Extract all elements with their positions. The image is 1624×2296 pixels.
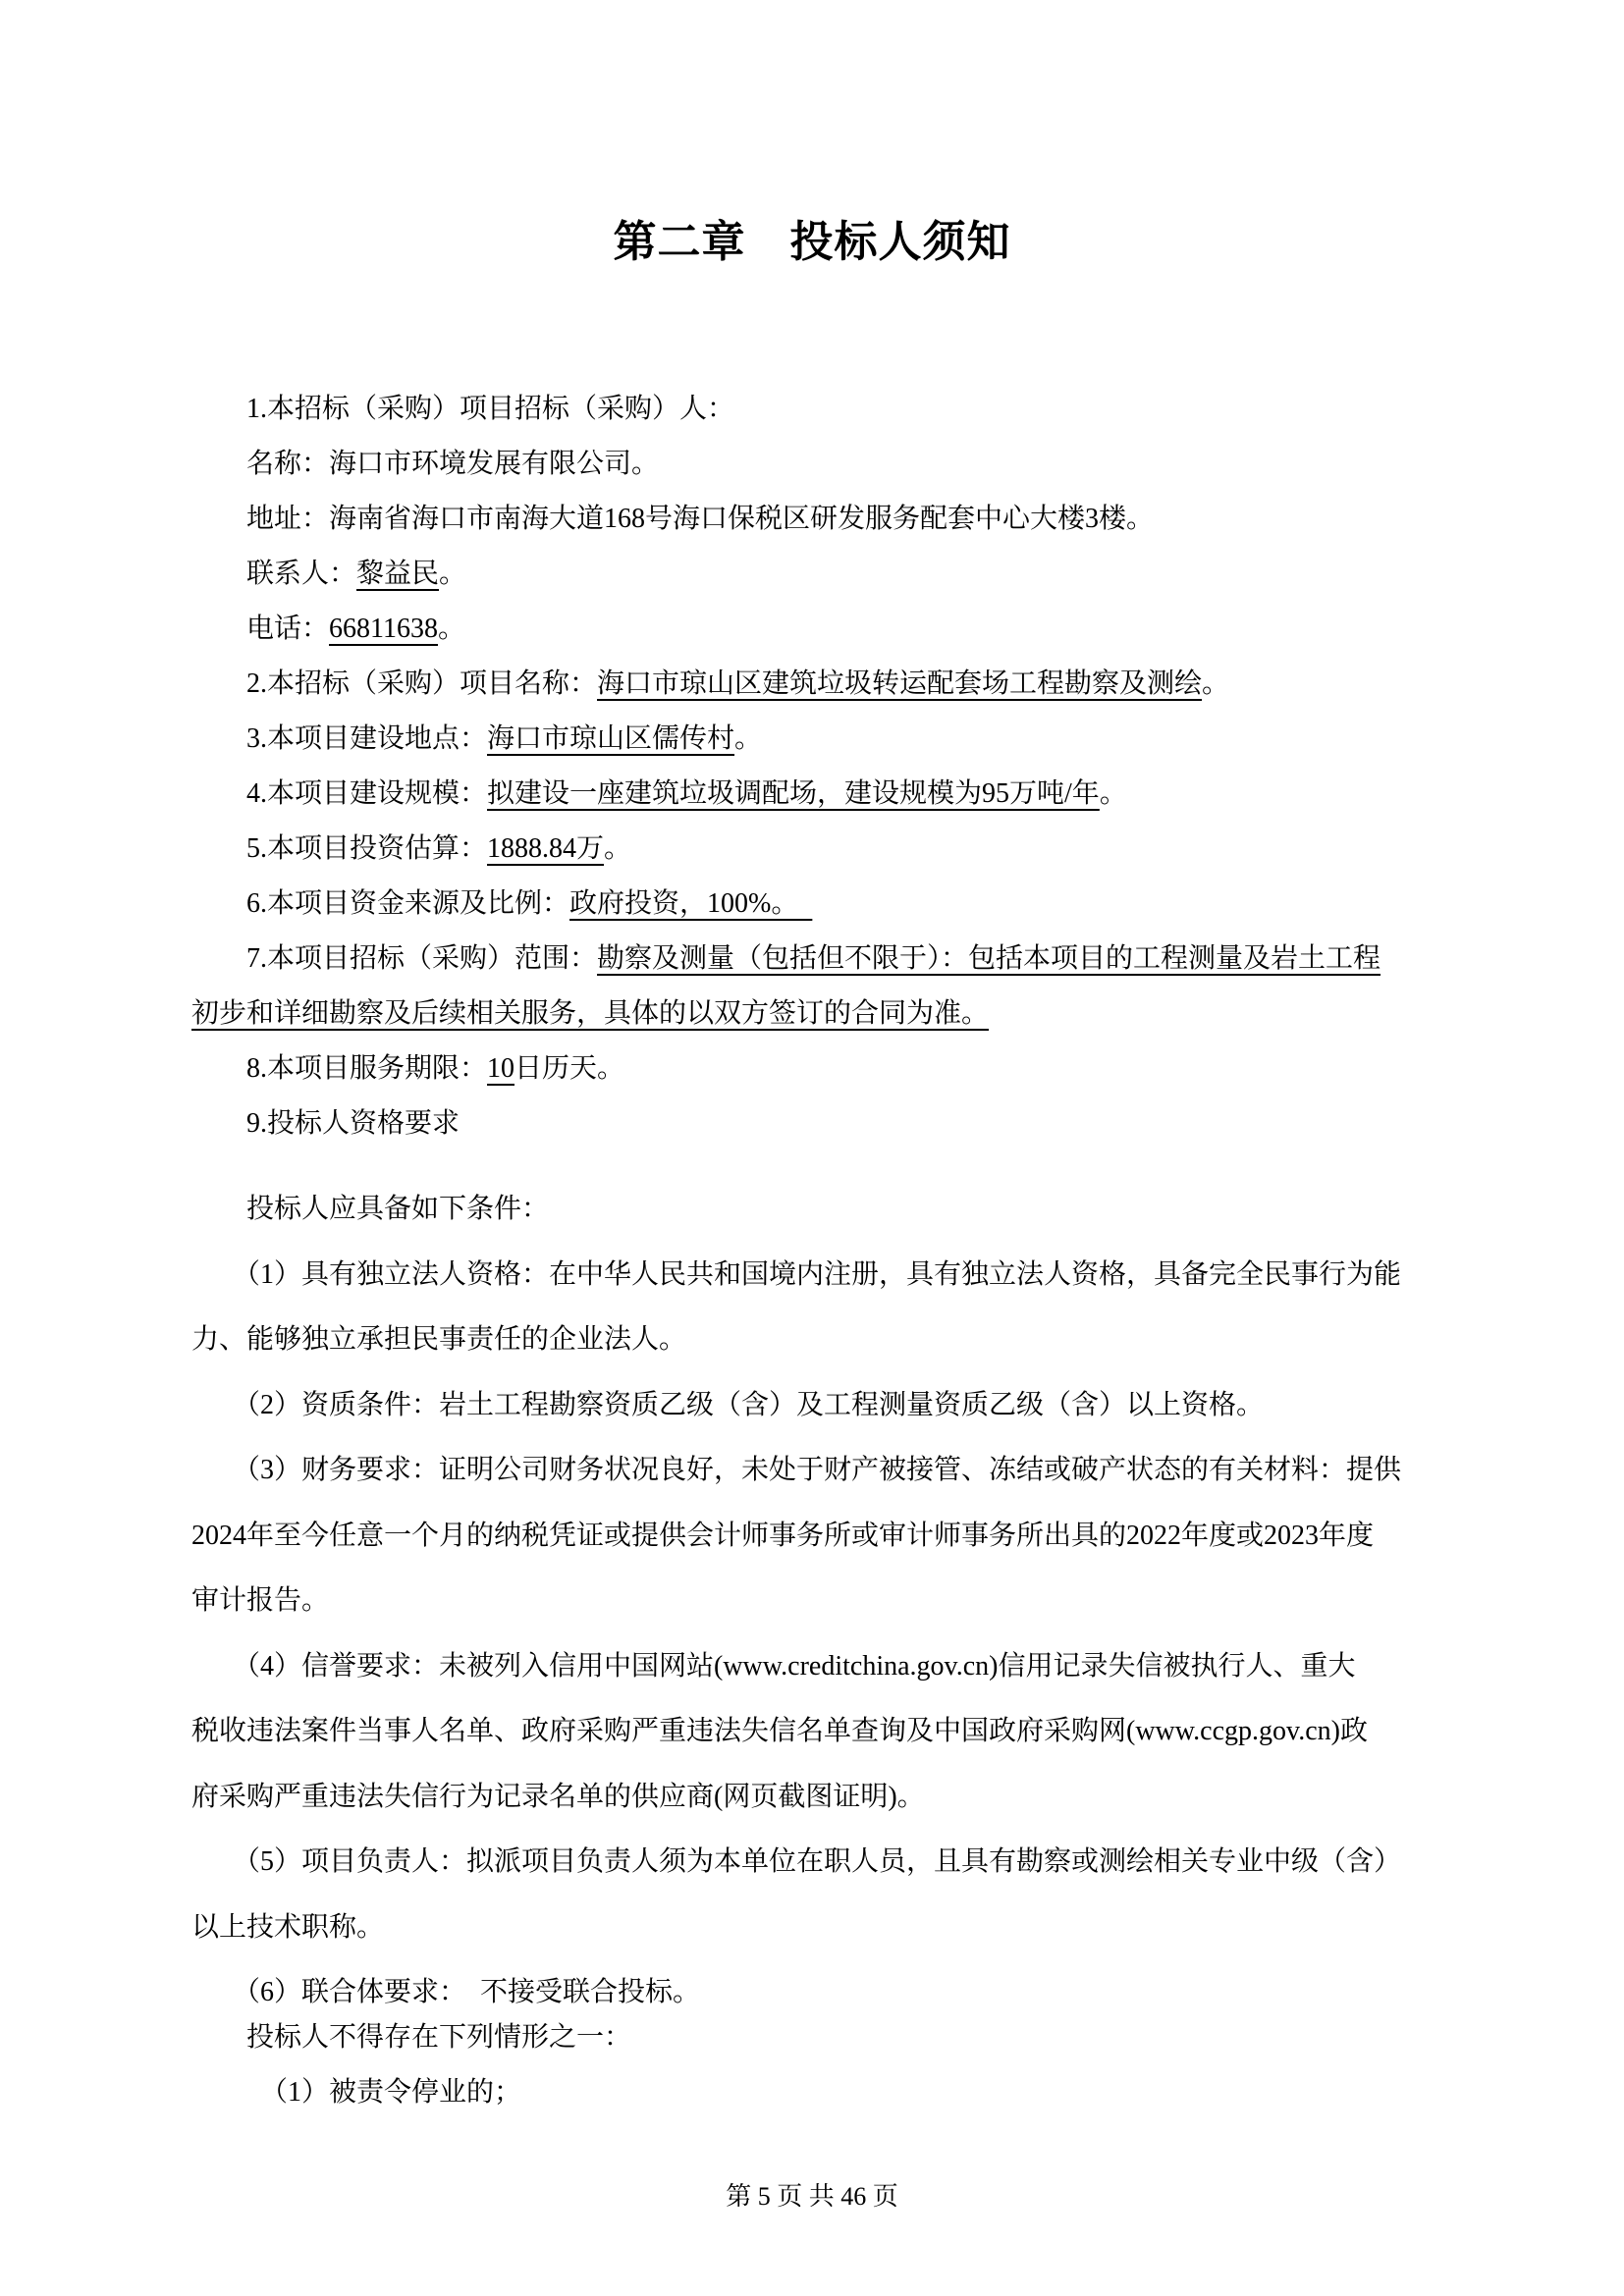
text-line: （2）资质条件：岩土工程勘察资质乙级（含）及工程测量资质乙级（含）以上资格。 (191, 1373, 1433, 1439)
text-line: 电话：66811638。 (191, 602, 1433, 657)
text-run: 名称：海口市环境发展有限公司。 (246, 449, 659, 479)
text-line: 投标人应具备如下条件： (191, 1177, 1433, 1243)
text-line: 9.投标人资格要求 (191, 1096, 1433, 1151)
text-run: 以上技术职称。 (191, 1912, 384, 1943)
text-line: 投标人不得存在下列情形之一： (191, 2010, 1433, 2065)
text-line: （3）财务要求：证明公司财务状况良好，未处于财产被接管、冻结或破产状态的有关材料… (191, 1438, 1433, 1504)
text-run: 投标人应具备如下条件： (246, 1194, 549, 1224)
text-run: 6.本项目资金来源及比例： (246, 888, 569, 919)
text-run: 8.本项目服务期限： (246, 1053, 487, 1084)
underlined-text: 1888.84万 (487, 833, 604, 864)
text-line: 8.本项目服务期限：10日历天。 (191, 1041, 1433, 1096)
underlined-text: 10 (487, 1053, 514, 1084)
text-run: 2024年至今任意一个月的纳税凭证或提供会计师事务所或审计师事务所出具的2022… (191, 1521, 1374, 1551)
text-line: （1）具有独立法人资格：在中华人民共和国境内注册，具有独立法人资格，具备完全民事… (191, 1243, 1433, 1308)
underlined-text: 拟建设一座建筑垃圾调配场，建设规模为95万吨/年 (487, 778, 1100, 809)
text-run: 地址：海南省海口市南海大道168号海口保税区研发服务配套中心大楼3楼。 (246, 504, 1154, 534)
text-run: 。 (438, 614, 465, 644)
underlined-text: 黎益民 (356, 559, 439, 589)
text-run: 。 (439, 559, 466, 589)
underlined-text: 政府投资，100%。 (569, 888, 812, 919)
text-line: 2.本招标（采购）项目名称：海口市琼山区建筑垃圾转运配套场工程勘察及测绘。 (191, 657, 1433, 712)
text-run: 。 (1202, 668, 1229, 699)
text-run: （3）财务要求：证明公司财务状况良好，未处于财产被接管、冻结或破产状态的有关材料… (233, 1455, 1401, 1485)
paragraph-block: 1.本招标（采购）项目招标（采购）人：名称：海口市环境发展有限公司。地址：海南省… (191, 382, 1433, 1151)
text-run: 联系人： (246, 559, 356, 589)
text-run: 5.本项目投资估算： (246, 833, 487, 864)
text-run: 府采购严重违法失信行为记录名单的供应商(网页截图证明)。 (191, 1782, 925, 1812)
text-run: 1.本招标（采购）项目招标（采购）人： (246, 394, 734, 424)
text-run: 投标人不得存在下列情形之一： (246, 2022, 631, 2053)
text-run: 4.本项目建设规模： (246, 778, 487, 809)
text-line: 初步和详细勘察及后续相关服务，具体的以双方签订的合同为准。 (191, 987, 1433, 1041)
text-line: （4）信誉要求：未被列入信用中国网站(www.creditchina.gov.c… (191, 1634, 1433, 1700)
text-run: 9.投标人资格要求 (246, 1108, 460, 1139)
text-run: 3.本项目建设地点： (246, 723, 487, 754)
text-run: 2.本招标（采购）项目名称： (246, 668, 597, 699)
text-run: （6）联合体要求： 不接受联合投标。 (233, 1977, 700, 2007)
text-line: 3.本项目建设地点：海口市琼山区儒传村。 (191, 712, 1433, 767)
text-run: 。 (734, 723, 762, 754)
underlined-text: 海口市琼山区建筑垃圾转运配套场工程勘察及测绘 (597, 668, 1202, 699)
text-line: （1）被责令停业的； (191, 2065, 1433, 2120)
text-run: （1）具有独立法人资格：在中华人民共和国境内注册，具有独立法人资格，具备完全民事… (233, 1259, 1401, 1290)
document-page: 第二章 投标人须知 1.本招标（采购）项目招标（采购）人：名称：海口市环境发展有… (0, 0, 1624, 2296)
chapter-title: 第二章 投标人须知 (191, 218, 1433, 267)
text-line: 地址：海南省海口市南海大道168号海口保税区研发服务配套中心大楼3楼。 (191, 492, 1433, 547)
text-line: 审计报告。 (191, 1569, 1433, 1634)
text-line: 名称：海口市环境发展有限公司。 (191, 437, 1433, 492)
text-line: 4.本项目建设规模：拟建设一座建筑垃圾调配场，建设规模为95万吨/年。 (191, 767, 1433, 822)
text-line: （5）项目负责人：拟派项目负责人须为本单位在职人员，且具有勘察或测绘相关专业中级… (191, 1830, 1433, 1896)
text-line: 联系人：黎益民。 (191, 547, 1433, 602)
page-number-footer: 第 5 页 共 46 页 (0, 2182, 1624, 2212)
underlined-text: 初步和详细勘察及后续相关服务，具体的以双方签订的合同为准。 (191, 998, 989, 1029)
text-run: 税收违法案件当事人名单、政府采购严重违法失信名单查询及中国政府采购网(www.c… (191, 1716, 1368, 1746)
text-line: 府采购严重违法失信行为记录名单的供应商(网页截图证明)。 (191, 1765, 1433, 1831)
paragraph-block: 投标人应具备如下条件：（1）具有独立法人资格：在中华人民共和国境内注册，具有独立… (191, 1177, 1433, 2026)
text-run: （1）被责令停业的； (260, 2077, 521, 2108)
underlined-text: 66811638 (329, 614, 438, 644)
text-line: 力、能够独立承担民事责任的企业法人。 (191, 1308, 1433, 1373)
text-line: 7.本项目招标（采购）范围：勘察及测量（包括但不限于）：包括本项目的工程测量及岩… (191, 932, 1433, 987)
text-run: （5）项目负责人：拟派项目负责人须为本单位在职人员，且具有勘察或测绘相关专业中级… (233, 1846, 1401, 1877)
text-line: 1.本招标（采购）项目招标（采购）人： (191, 382, 1433, 437)
paragraph-block: 投标人不得存在下列情形之一：（1）被责令停业的； (191, 2010, 1433, 2120)
text-run: 审计报告。 (191, 1585, 329, 1616)
text-run: 力、能够独立承担民事责任的企业法人。 (191, 1324, 686, 1355)
underlined-text: 海口市琼山区儒传村 (487, 723, 734, 754)
text-run: 。 (1100, 778, 1127, 809)
text-run: 日历天。 (514, 1053, 624, 1084)
text-line: 2024年至今任意一个月的纳税凭证或提供会计师事务所或审计师事务所出具的2022… (191, 1504, 1433, 1570)
document-body: 1.本招标（采购）项目招标（采购）人：名称：海口市环境发展有限公司。地址：海南省… (191, 382, 1433, 2120)
text-line: 以上技术职称。 (191, 1896, 1433, 1961)
text-run: （2）资质条件：岩土工程勘察资质乙级（含）及工程测量资质乙级（含）以上资格。 (233, 1390, 1264, 1420)
text-run: 7.本项目招标（采购）范围： (246, 943, 597, 974)
text-line: 6.本项目资金来源及比例：政府投资，100%。 (191, 877, 1433, 932)
underlined-text: 勘察及测量（包括但不限于）：包括本项目的工程测量及岩土工程 (597, 943, 1380, 974)
text-line: 税收违法案件当事人名单、政府采购严重违法失信名单查询及中国政府采购网(www.c… (191, 1699, 1433, 1765)
text-run: 电话： (246, 614, 329, 644)
text-run: （4）信誉要求：未被列入信用中国网站(www.creditchina.gov.c… (233, 1651, 1355, 1682)
text-run: 。 (604, 833, 631, 864)
text-line: 5.本项目投资估算：1888.84万。 (191, 822, 1433, 877)
